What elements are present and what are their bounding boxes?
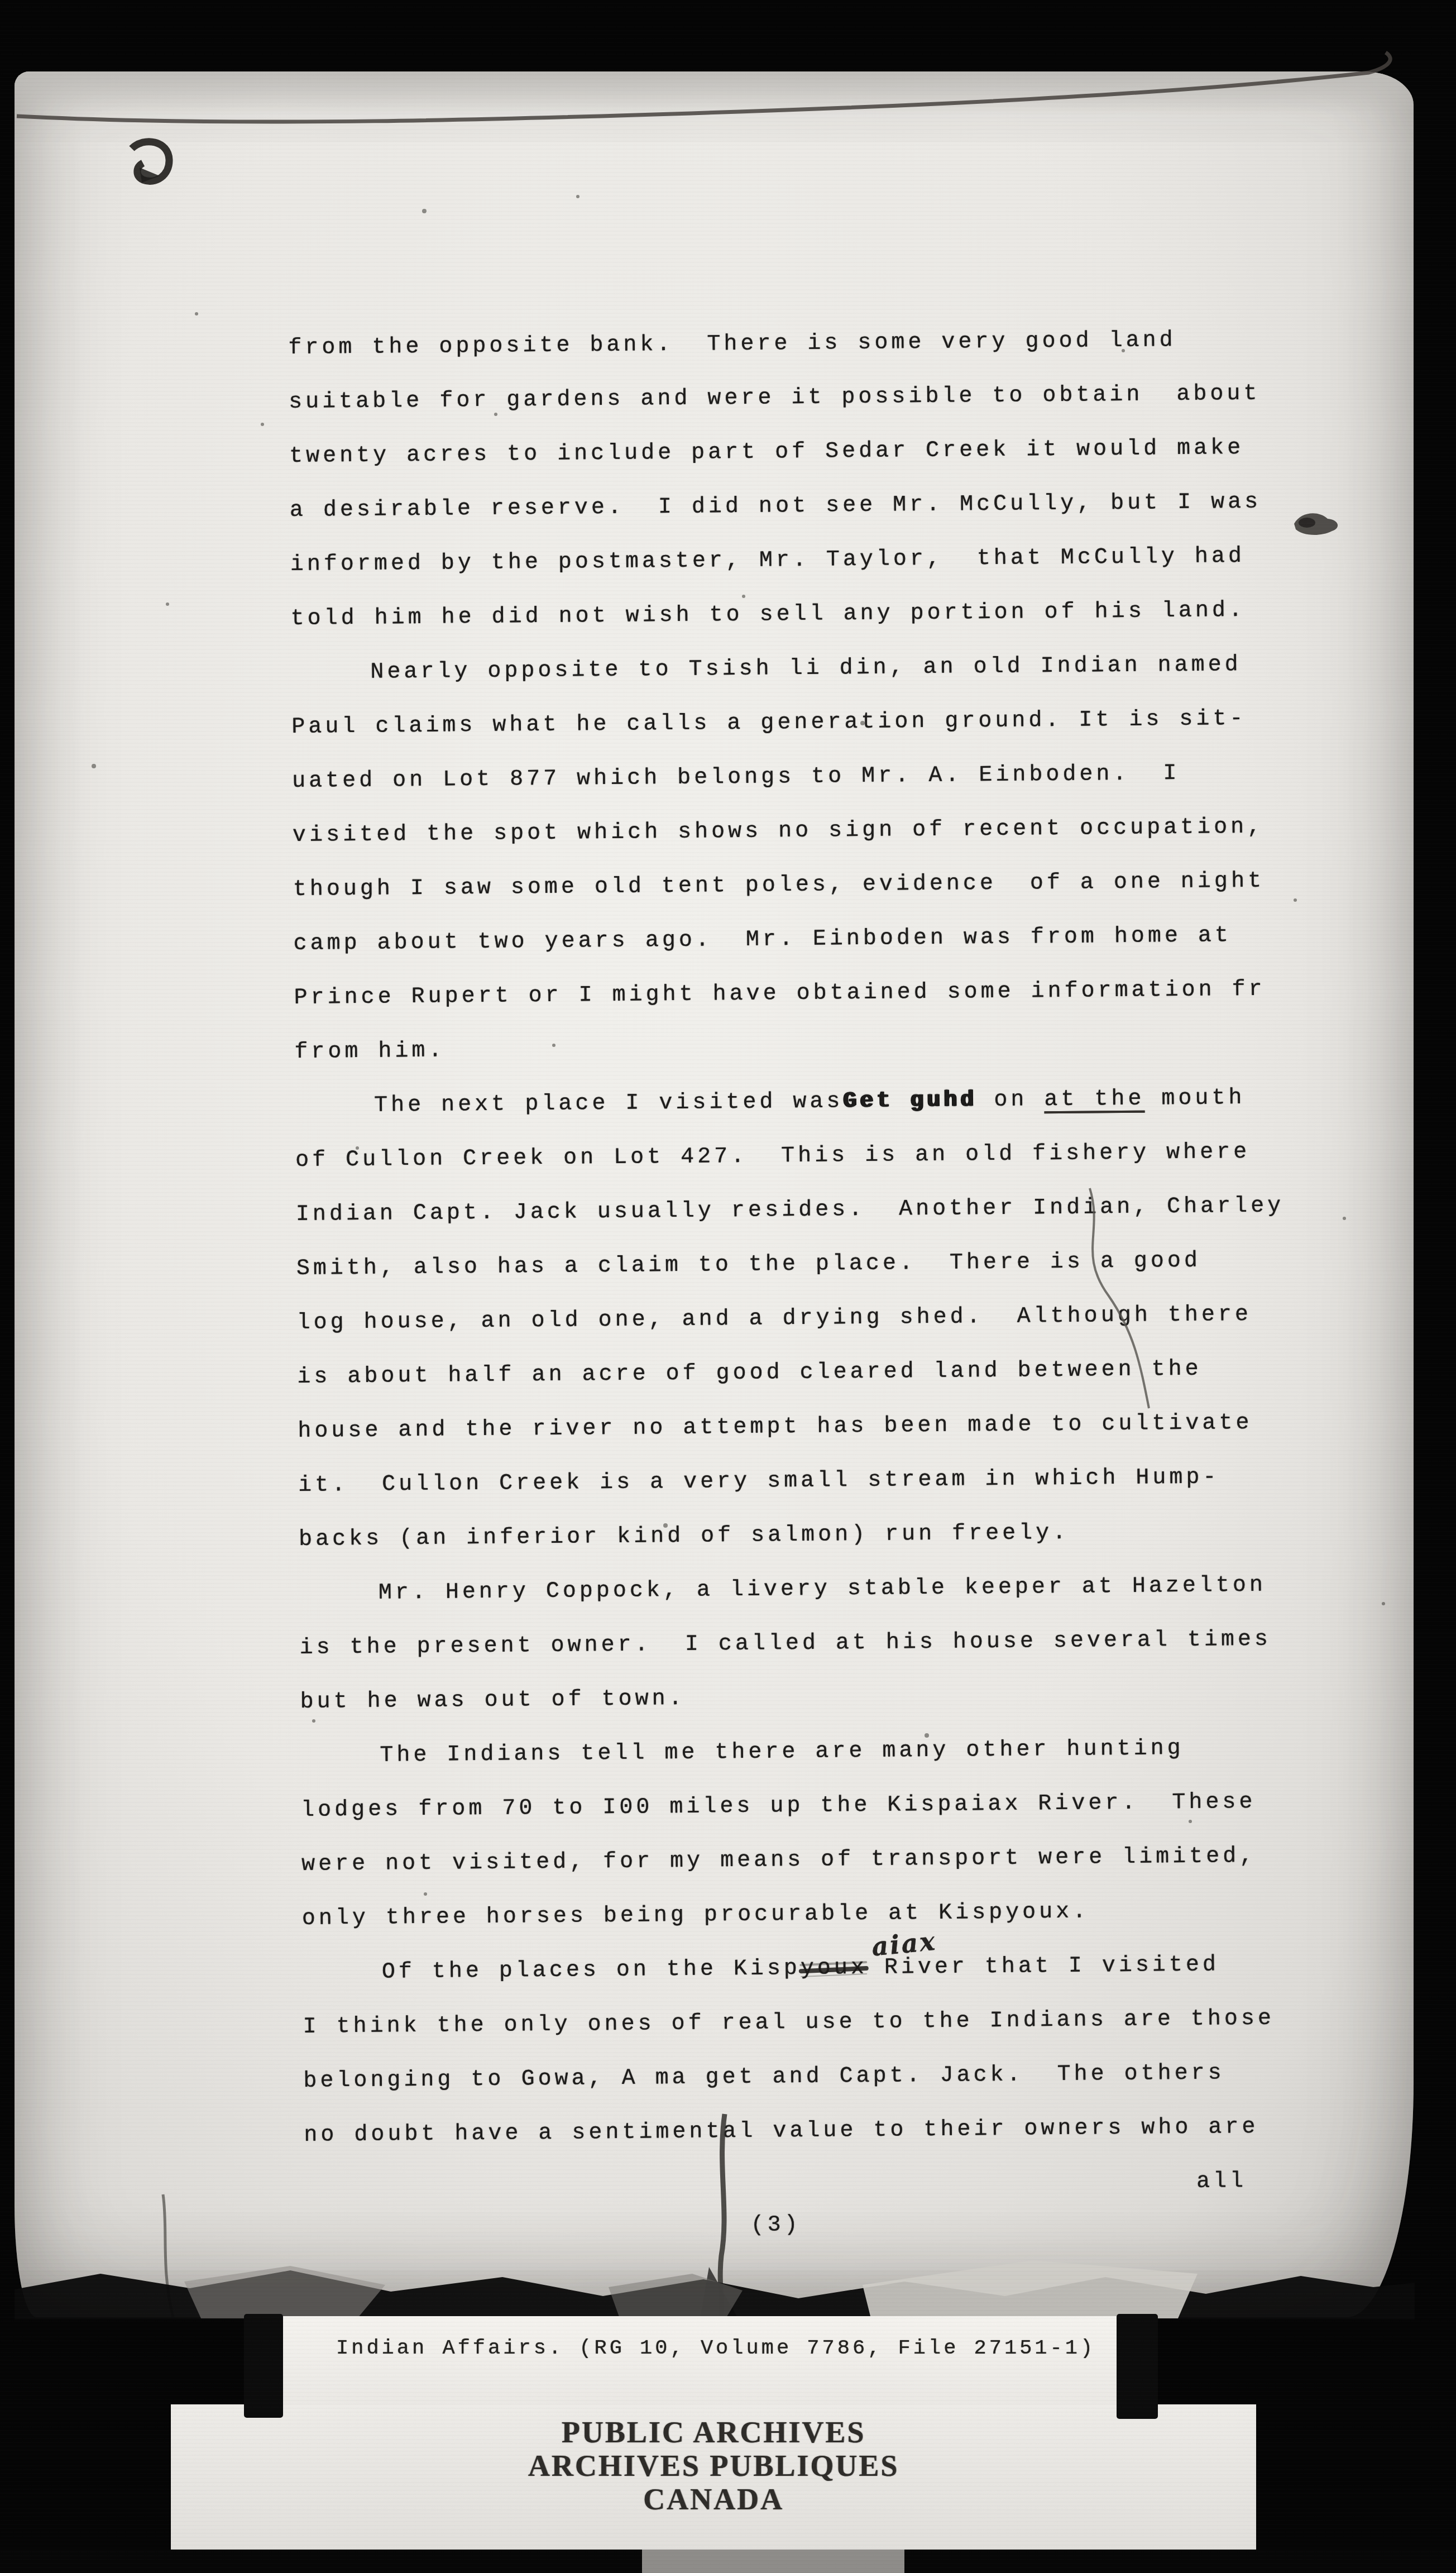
typed-segment: twenty acres to include part of Sedar Cr… [289, 436, 1244, 469]
typed-segment: Mr. Henry Coppock, a livery stable keepe… [379, 1573, 1267, 1606]
typed-line: is the present owner. I called at his ho… [299, 1612, 1294, 1675]
typed-segment: were not visited, for my means of transp… [301, 1844, 1257, 1877]
typed-line: I think the only ones of real use to the… [303, 1991, 1297, 2054]
typed-line: house and the river no attempt has been … [298, 1395, 1292, 1458]
typed-segment-struck: youxaiax [801, 1955, 868, 1981]
typed-line: belonging to Gowa, A ma get and Capt. Ja… [303, 2045, 1297, 2108]
stamp-canada: CANADA [171, 2483, 1256, 2516]
typed-segment: The Indians tell me there are many other… [380, 1736, 1184, 1768]
typed-segment: is about half an acre of good cleared la… [297, 1357, 1202, 1390]
typed-segment: from the opposite bank. There is some ve… [288, 328, 1176, 361]
typed-line: visited the spot which shows no sign of … [293, 800, 1287, 863]
typed-segment: belonging to Gowa, A ma get and Capt. Ja… [303, 2060, 1225, 2093]
film-clip-bar-right [1117, 2314, 1158, 2419]
typed-segment: camp about two years ago. Mr. Einboden w… [294, 923, 1232, 956]
typed-segment: visited the spot which shows no sign of … [293, 815, 1265, 848]
typed-line: log house, an old one, and a drying shed… [296, 1287, 1291, 1350]
typed-segment: Paul claims what he calls a generation g… [291, 706, 1247, 740]
typed-line: told him he did not wish to sell any por… [290, 583, 1285, 646]
typed-segment: Nearly opposite to Tsish li din, an old … [370, 652, 1242, 685]
typed-line: from him. [294, 1016, 1289, 1079]
typed-segment-underline: at the [1044, 1087, 1144, 1113]
typed-line: Smith, also has a claim to the place. Th… [296, 1233, 1290, 1296]
typed-line: Of the places on the Kispyouxaiax River … [302, 1937, 1296, 2000]
typed-line: of Cullon Creek on Lot 427. This is an o… [295, 1125, 1290, 1188]
typed-line: but he was out of town. [300, 1666, 1294, 1729]
typed-segment: I think the only ones of real use to the… [303, 2006, 1275, 2040]
film-bottom-band-gap [642, 2550, 904, 2573]
page-top-fold-shading [15, 71, 1414, 121]
typed-line: is about half an acre of good cleared la… [297, 1341, 1291, 1404]
typed-segment: a desirable reserve. I did not see Mr. M… [290, 490, 1262, 523]
typed-segment: lodges from 70 to I00 miles up the Kispa… [301, 1790, 1256, 1823]
typed-segment: uated on Lot 877 which belongs to Mr. A.… [292, 761, 1180, 794]
typed-segment: house and the river no attempt has been … [298, 1410, 1253, 1444]
typed-line: Mr. Henry Coppock, a livery stable keepe… [299, 1558, 1293, 1621]
typed-segment: Of the places on the Kisp [382, 1956, 801, 1985]
typed-segment: Smith, also has a claim to the place. Th… [296, 1249, 1201, 1281]
typed-segment: from him. [294, 1039, 445, 1065]
typed-segment: log house, an old one, and a drying shed… [296, 1302, 1252, 1336]
typed-segment: of Cullon Creek on Lot 427. This is an o… [295, 1140, 1251, 1173]
typed-segment: on [977, 1087, 1044, 1113]
typed-lines: from the opposite bank. There is some ve… [288, 312, 1299, 2216]
archive-label-card: Indian Affairs. (RG 10, Volume 7786, Fil… [279, 2316, 1150, 2404]
typed-line: it. Cullon Creek is a very small stream … [298, 1450, 1292, 1513]
typed-line: Indian Capt. Jack usually resides. Anoth… [296, 1179, 1290, 1242]
archive-label-text: Indian Affairs. (RG 10, Volume 7786, Fil… [336, 2337, 1150, 2360]
typed-line: lodges from 70 to I00 miles up the Kispa… [301, 1775, 1295, 1838]
typed-segment: mouth [1144, 1085, 1245, 1112]
typed-line: twenty acres to include part of Sedar Cr… [289, 420, 1283, 484]
typed-line: a desirable reserve. I did not see Mr. M… [290, 475, 1284, 538]
typed-segment: suitable for gardens and were it possibl… [289, 381, 1261, 415]
typed-text-block: from the opposite bank. There is some ve… [288, 312, 1299, 2256]
typed-line: uated on Lot 877 which belongs to Mr. A.… [292, 745, 1286, 809]
typed-line: though I saw some old tent poles, eviden… [293, 854, 1287, 917]
typed-line: The Indians tell me there are many other… [300, 1720, 1295, 1783]
page-sheet: from the opposite bank. There is some ve… [15, 71, 1414, 2317]
typed-segment: is the present owner. I called at his ho… [300, 1627, 1272, 1661]
typed-segment: only three horses being procurable at Ki… [302, 1900, 1090, 1931]
typed-segment: no doubt have a sentimental value to the… [304, 2115, 1259, 2148]
typed-segment: told him he did not wish to sell any por… [290, 598, 1246, 632]
typed-line: Nearly opposite to Tsish li din, an old … [291, 637, 1285, 700]
typed-segment: though I saw some old tent poles, eviden… [293, 869, 1265, 902]
archive-stamp-strip: PUBLIC ARCHIVES ARCHIVES PUBLIQUES CANAD… [171, 2404, 1256, 2550]
typed-segment: The next place I visited was [374, 1089, 843, 1118]
typed-line: no doubt have a sentimental value to the… [304, 2099, 1298, 2163]
page-number: (3) [279, 2194, 1273, 2257]
typed-line: from the opposite bank. There is some ve… [288, 312, 1282, 375]
typed-segment: backs (an inferior kind of salmon) run f… [299, 1520, 1070, 1552]
typed-line: The next place I visited wasGet guhd on … [295, 1070, 1289, 1134]
microfilm-scan: from the opposite bank. There is some ve… [0, 0, 1456, 2573]
typed-segment: all [1196, 2169, 1247, 2194]
typed-line: informed by the postmaster, Mr. Taylor, … [290, 529, 1284, 592]
typed-line: camp about two years ago. Mr. Einboden w… [293, 908, 1287, 971]
typed-line: backs (an inferior kind of salmon) run f… [299, 1504, 1293, 1567]
typed-line: Prince Rupert or I might have obtained s… [294, 962, 1288, 1025]
typed-line: Paul claims what he calls a generation g… [291, 691, 1286, 754]
typed-segment: but he was out of town. [300, 1686, 685, 1715]
typed-segment: Indian Capt. Jack usually resides. Anoth… [296, 1193, 1285, 1227]
typed-segment-overstrike: Get guhd [843, 1088, 977, 1114]
typed-line: suitable for gardens and were it possibl… [289, 366, 1283, 429]
stamp-archives-publiques: ARCHIVES PUBLIQUES [171, 2449, 1256, 2483]
typed-line: were not visited, for my means of transp… [301, 1829, 1296, 1892]
film-clip-bar-left [244, 2314, 283, 2418]
typed-segment: Prince Rupert or I might have obtained s… [294, 977, 1266, 1011]
typed-segment: informed by the postmaster, Mr. Taylor, … [290, 544, 1246, 577]
stamp-public-archives: PUBLIC ARCHIVES [171, 2416, 1256, 2449]
typed-segment: it. Cullon Creek is a very small stream … [298, 1465, 1220, 1498]
